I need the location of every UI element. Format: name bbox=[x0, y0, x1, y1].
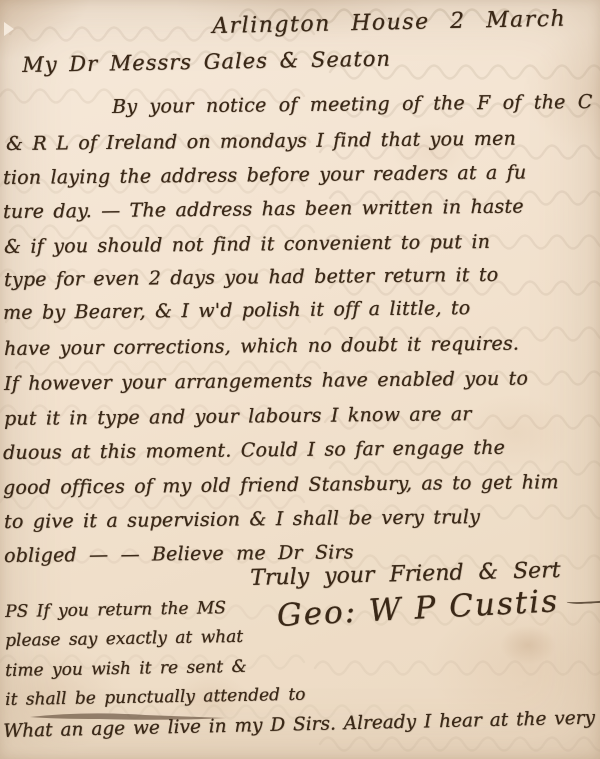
body-line: have your corrections, which no doubt it… bbox=[4, 333, 519, 360]
body-line: By your notice of meeting of the F of th… bbox=[112, 91, 593, 118]
body-line: & R L of Ireland on mondays I find that … bbox=[6, 128, 516, 155]
dateline: Arlington House 2 March bbox=[212, 7, 566, 39]
body-line: good offices of my old friend Stansbury,… bbox=[3, 471, 559, 499]
body-line: If however your arrangements have enable… bbox=[4, 368, 528, 395]
postscript-line: please say exactly at what bbox=[5, 627, 243, 651]
body-line: obliged — — Believe me Dr Sirs bbox=[4, 541, 354, 567]
body-line: tion laying the address before your read… bbox=[3, 162, 527, 189]
postscript-line: it shall be punctually attended to bbox=[5, 685, 306, 710]
body-line: duous at this moment. Could I so far eng… bbox=[3, 437, 505, 464]
body-line: put it in type and your labours I know a… bbox=[4, 403, 472, 430]
body-line: & if you should not find it convenient t… bbox=[4, 231, 490, 258]
body-line: ture day. — The address has been written… bbox=[3, 196, 524, 223]
paper-nick bbox=[4, 22, 14, 36]
body-line: to give it a supervision & I shall be ve… bbox=[4, 506, 480, 533]
body-line: type for even 2 days you had better retu… bbox=[4, 264, 499, 291]
letter-page: Arlington House 2 March My Dr Messrs Gal… bbox=[0, 0, 600, 759]
body-line: me by Bearer, & I w'd polish it off a li… bbox=[3, 297, 471, 324]
postscript-line: time you wish it re sent & bbox=[5, 657, 247, 681]
salutation: My Dr Messrs Gales & Seaton bbox=[22, 47, 391, 77]
postscript-line: PS If you return the MS bbox=[5, 598, 226, 622]
